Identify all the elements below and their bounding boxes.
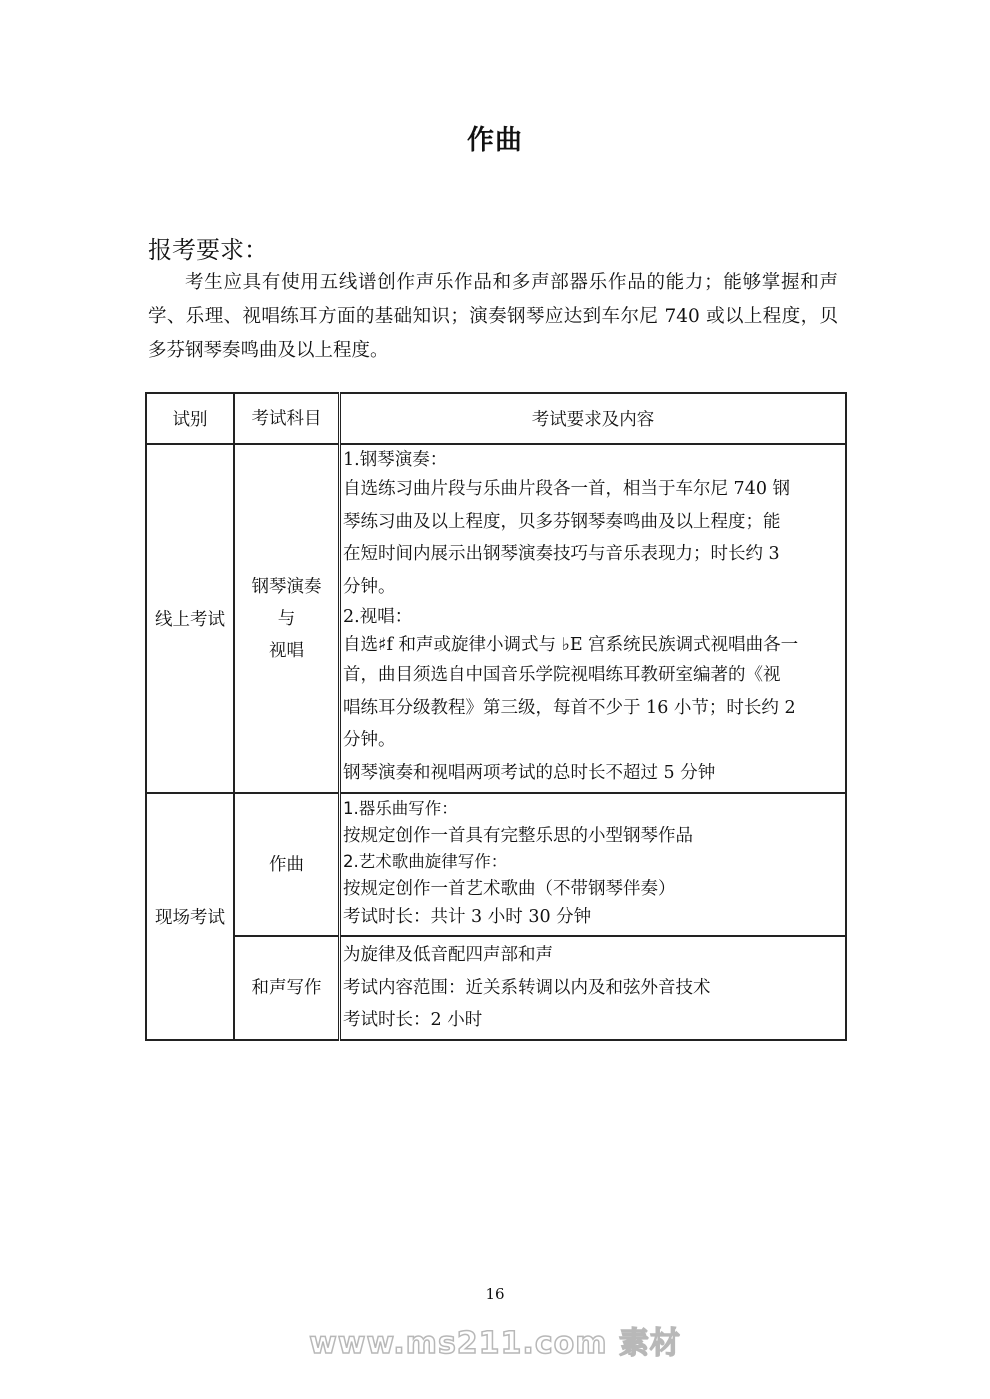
content-line: 考试时长：2 小时 [343,1004,845,1037]
exam-type-onsite: 现场考试 [146,793,234,1040]
watermark: www.ms211.com 素材 [0,1318,990,1362]
page-number: 16 [0,1285,990,1303]
content-line: 2.视唱： [343,603,845,631]
content-line: 为旋律及低音配四声部和声 [343,939,845,972]
content-line: 分钟。 [343,724,845,757]
content-line: 琴练习曲及以上程度，贝多芬钢琴奏鸣曲及以上程度；能 [343,506,845,539]
content-line: 唱练耳分级教程》第三级，每首不少于 16 小节；时长约 2 [343,692,845,725]
table-row-online: 线上考试 钢琴演奏 与 视唱 1.钢琴演奏： 自选练习曲片段与乐曲片段各一首，相… [146,444,846,793]
exam-subject-composition: 作曲 [234,793,340,936]
page-title: 作曲 [0,118,990,157]
exam-content-composition: 1.器乐曲写作： 按规定创作一首具有完整乐思的小型钢琴作品 2.艺术歌曲旋律写作… [340,793,847,936]
content-line: 钢琴演奏和视唱两项考试的总时长不超过 5 分钟 [343,757,845,790]
exam-subject-harmony: 和声写作 [234,936,340,1040]
exam-table: 试别 考试科目 考试要求及内容 线上考试 钢琴演奏 与 视唱 1.钢琴演奏： 自… [145,392,847,1041]
header-exam-content: 考试要求及内容 [340,393,847,444]
requirements-paragraph: 考生应具有使用五线谱创作声乐作品和多声部器乐作品的能力；能够掌握和声学、乐理、视… [148,266,838,368]
table-header-row: 试别 考试科目 考试要求及内容 [146,393,846,444]
exam-content-online: 1.钢琴演奏： 自选练习曲片段与乐曲片段各一首，相当于车尔尼 740 钢 琴练习… [340,444,847,793]
content-line: 自选练习曲片段与乐曲片段各一首，相当于车尔尼 740 钢 [343,473,845,506]
content-line: 在短时间内展示出钢琴演奏技巧与音乐表现力；时长约 3 [343,538,845,571]
content-line: 首，曲目须选自中国音乐学院视唱练耳教研室编著的《视 [343,659,845,692]
header-exam-subject: 考试科目 [234,393,340,444]
header-exam-type: 试别 [146,393,234,444]
table-row-onsite-harmony: 和声写作 为旋律及低音配四声部和声 考试内容范围：近关系转调以内及和弦外音技术 … [146,936,846,1040]
exam-subject-piano-sightsinging: 钢琴演奏 与 视唱 [234,444,340,793]
content-line: 考试时长：共计 3 小时 30 分钟 [343,902,845,933]
content-line: 2.艺术歌曲旋律写作： [343,849,845,876]
subject-line: 与 [235,603,338,635]
exam-type-online: 线上考试 [146,444,234,793]
table-row-onsite-composition: 现场考试 作曲 1.器乐曲写作： 按规定创作一首具有完整乐思的小型钢琴作品 2.… [146,793,846,936]
content-line: 分钟。 [343,571,845,604]
content-line: 1.器乐曲写作： [343,796,845,823]
exam-content-harmony: 为旋律及低音配四声部和声 考试内容范围：近关系转调以内及和弦外音技术 考试时长：… [340,936,847,1040]
requirements-heading: 报考要求： [148,230,268,265]
content-line: 自选♯f 和声或旋律小调式与 ♭E 宫系统民族调式视唱曲各一 [343,631,845,659]
content-line: 考试内容范围：近关系转调以内及和弦外音技术 [343,972,845,1005]
content-line: 按规定创作一首具有完整乐思的小型钢琴作品 [343,823,845,850]
content-line: 1.钢琴演奏： [343,447,845,473]
content-line: 按规定创作一首艺术歌曲（不带钢琴伴奏） [343,876,845,903]
subject-line: 钢琴演奏 [235,571,338,603]
subject-line: 视唱 [235,635,338,667]
